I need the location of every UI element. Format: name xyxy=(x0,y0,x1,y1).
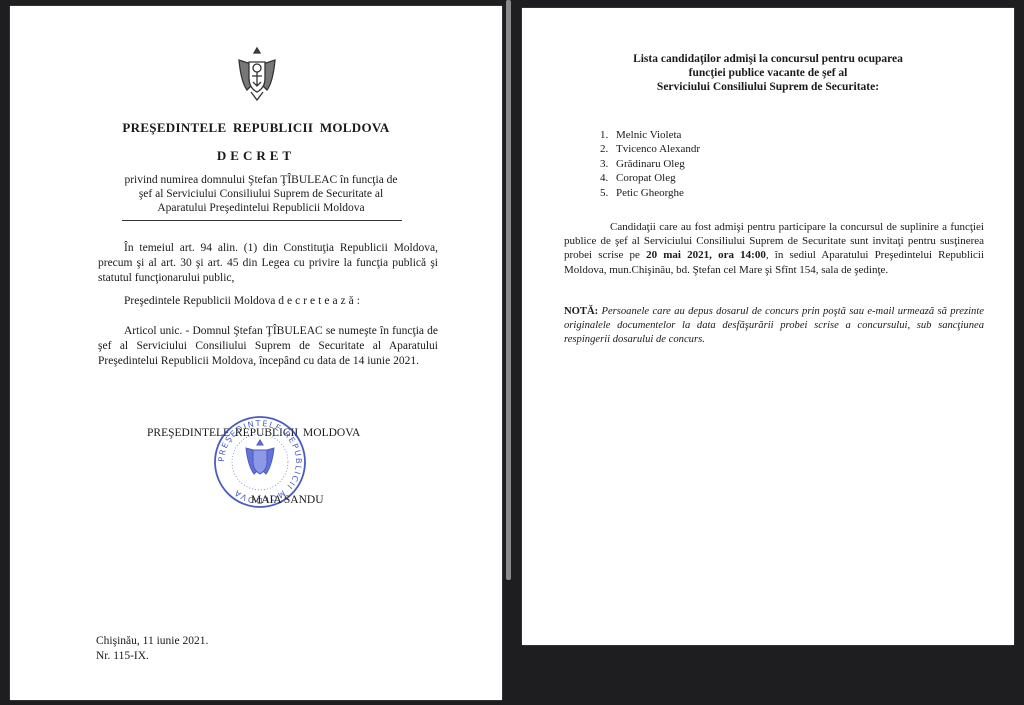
candidate-name: Petic Gheorghe xyxy=(616,186,684,200)
scrollbar[interactable] xyxy=(506,0,511,580)
list-item: 5.Petic Gheorghe xyxy=(600,186,700,200)
candidates-list: 1.Melnic Violeta 2.Tvicenco Alexandr 3.G… xyxy=(600,128,700,200)
article-paragraph: Articol unic. - Domnul Ştefan ŢÎBULEAC s… xyxy=(98,324,438,369)
decree-intro-paragraph: Preşedintele Republicii Moldova decretea… xyxy=(98,294,438,309)
list-item: 2.Tvicenco Alexandr xyxy=(600,142,700,156)
candidate-name: Grădinaru Oleg xyxy=(616,157,685,171)
decree-page: PREŞEDINTELE REPUBLICII MOLDOVA DECRET p… xyxy=(10,6,502,700)
list-item: 1.Melnic Violeta xyxy=(600,128,700,142)
invitation-paragraph: Candidaţii care au fost admişi pentru pa… xyxy=(564,220,984,277)
legal-basis-paragraph: În temeiul art. 94 alin. (1) din Constit… xyxy=(98,241,438,286)
note-paragraph: NOTĂ: Persoanele care au depus dosarul d… xyxy=(564,305,984,347)
note-text: Persoanele care au depus dosarul de conc… xyxy=(564,306,984,345)
subject-underline xyxy=(122,220,402,221)
candidate-name: Coropat Oleg xyxy=(616,171,676,185)
document-type-heading: DECRET xyxy=(10,148,502,164)
exam-datetime: 20 mai 2021, ora 14:00 xyxy=(646,249,766,261)
decree-verb: decretează: xyxy=(278,295,363,307)
candidates-list-title: Lista candidaţilor admişi la concursul p… xyxy=(522,52,1014,94)
signatory-name: MAIA SANDU xyxy=(251,494,324,506)
list-item: 4.Coropat Oleg xyxy=(600,171,700,185)
candidate-name: Tvicenco Alexandr xyxy=(616,142,700,156)
title-line: funcţiei publice vacante de şef al xyxy=(522,66,1014,80)
title-line: Serviciului Consiliului Suprem de Securi… xyxy=(522,80,1014,94)
issuer-heading: PREŞEDINTELE REPUBLICII MOLDOVA xyxy=(10,120,502,136)
title-line: Lista candidaţilor admişi la concursul p… xyxy=(522,52,1014,66)
place-date: Chişinău, 11 iunie 2021. xyxy=(96,635,208,647)
candidates-page: Lista candidaţilor admişi la concursul p… xyxy=(522,8,1014,645)
moldova-coat-of-arms-icon xyxy=(235,46,279,102)
note-label: NOTĂ: xyxy=(564,306,598,317)
candidate-name: Melnic Violeta xyxy=(616,128,681,142)
decree-subject: privind numirea domnului Ştefan ŢÎBULEAC… xyxy=(122,173,400,215)
decree-number: Nr. 115-IX. xyxy=(96,650,149,662)
list-item: 3.Grădinaru Oleg xyxy=(600,157,700,171)
decree-intro-text: Preşedintele Republicii Moldova xyxy=(124,295,275,307)
